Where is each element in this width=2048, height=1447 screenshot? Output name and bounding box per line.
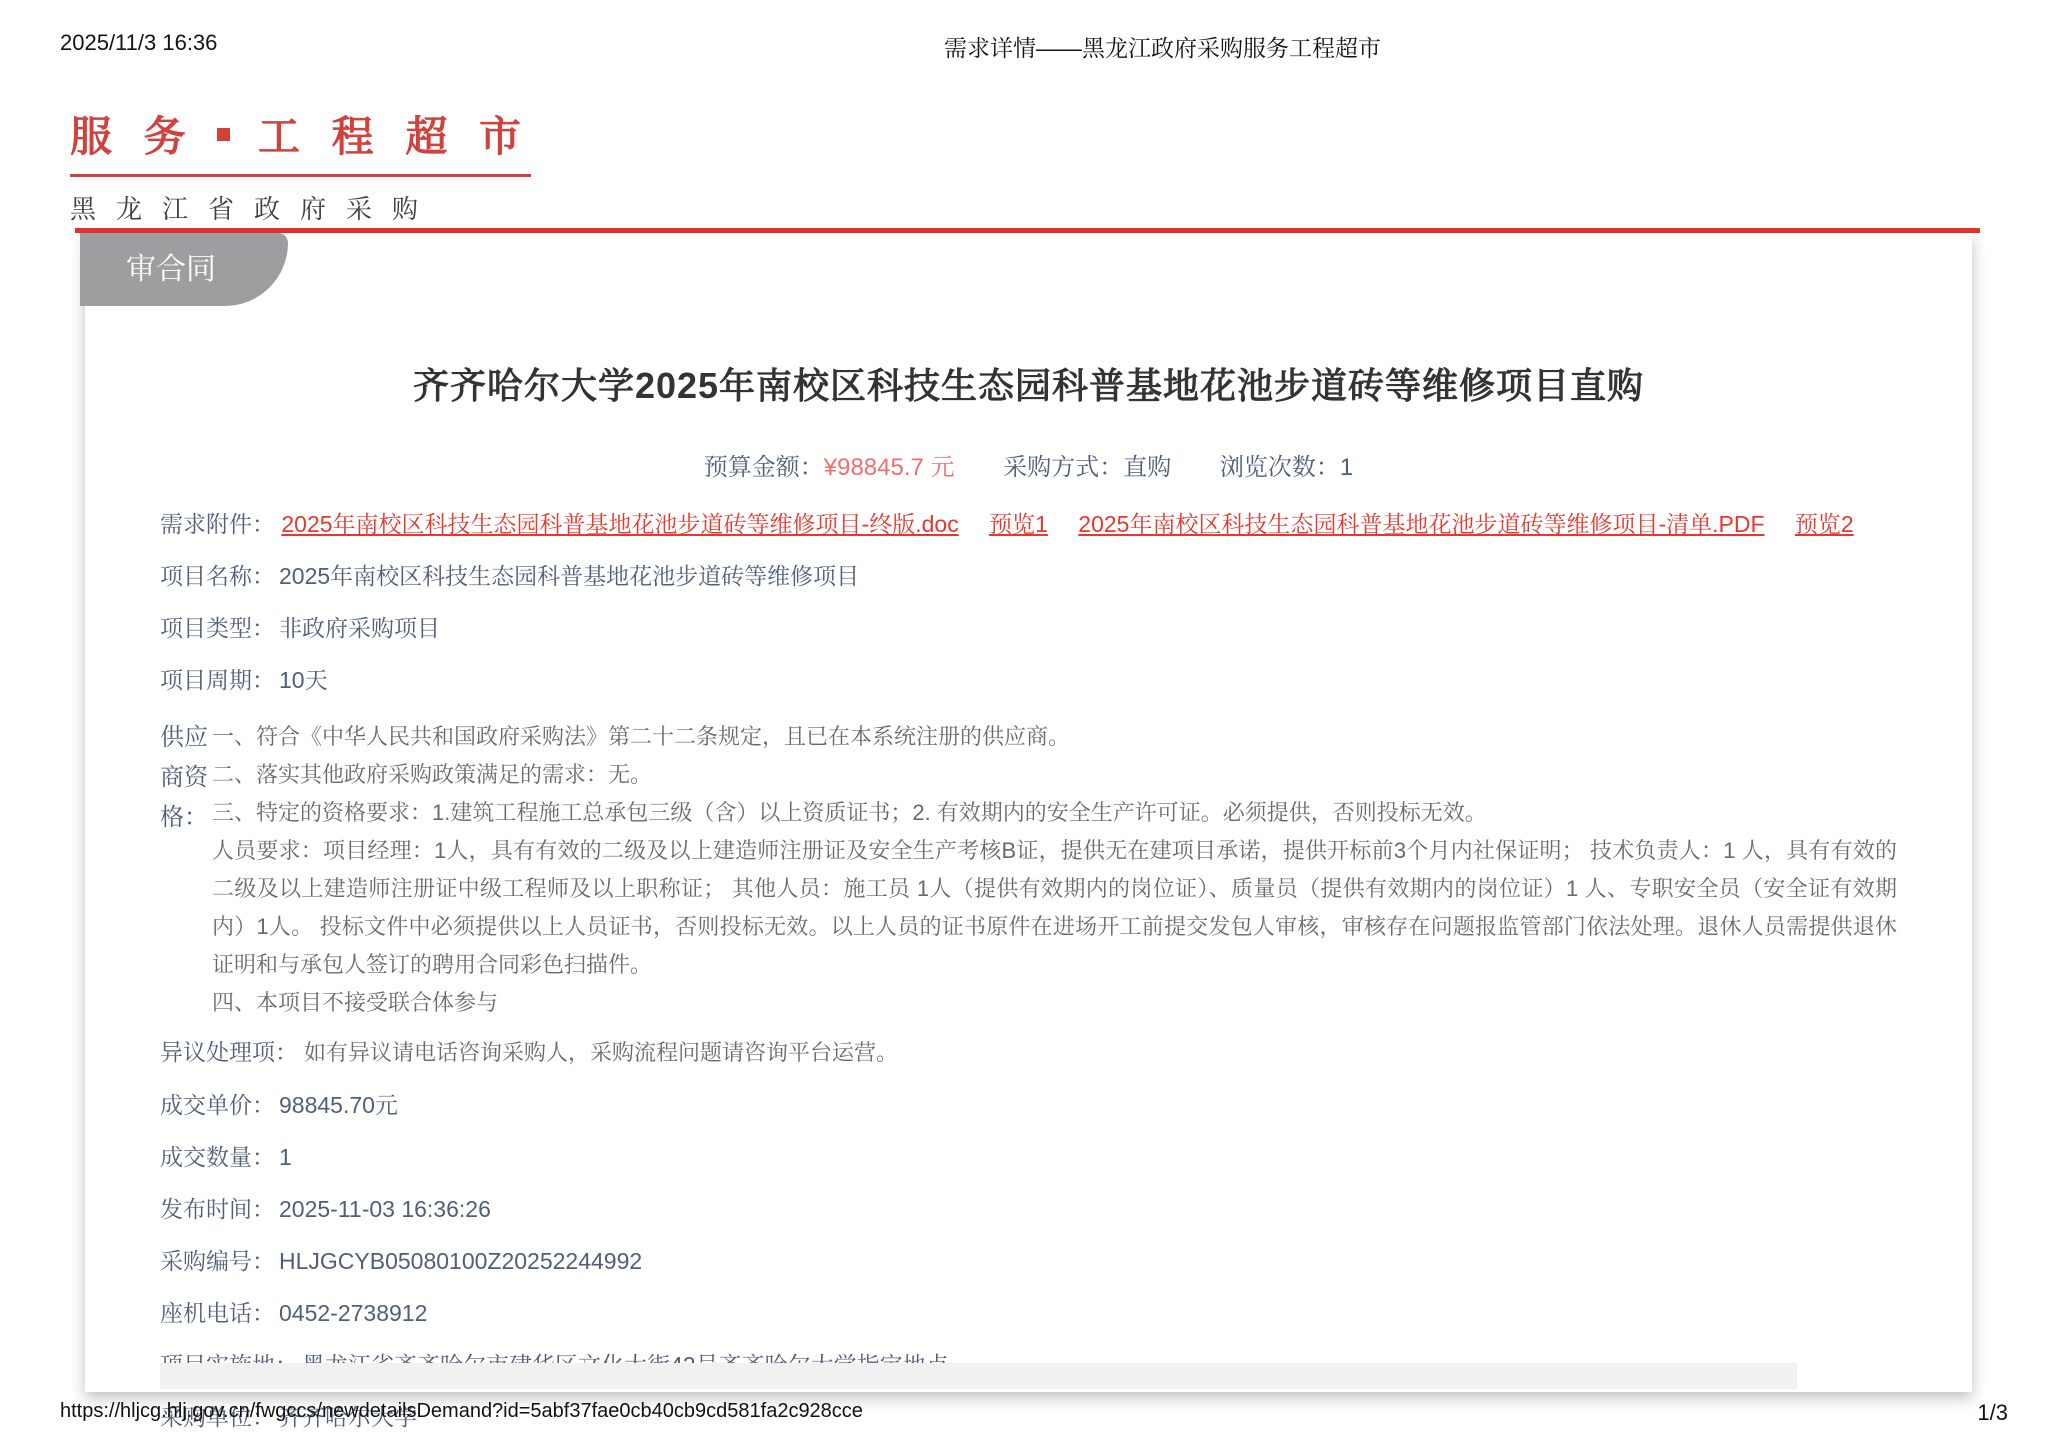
supplier-qualification-row: 供应商资格： 一、符合《中华人民共和国政府采购法》第二十二条规定，且已在本系统注… bbox=[160, 718, 1897, 1022]
tab-contract-review[interactable]: 审合同 bbox=[80, 233, 288, 306]
method-item: 采购方式：直购 bbox=[1003, 454, 1171, 481]
views-value: 1 bbox=[1340, 454, 1353, 481]
logo-square-dot-icon bbox=[217, 128, 230, 141]
print-document-title: 需求详情——黑龙江政府采购服务工程超市 bbox=[944, 30, 1381, 63]
phone-row: 座机电话：0452-2738912 bbox=[160, 1299, 1897, 1327]
project-period-row: 项目周期：10天 bbox=[160, 666, 1897, 694]
deal-price-row: 成交单价：98845.70元 bbox=[160, 1091, 1897, 1119]
print-footer-url: https://hljcg.hlj.gov.cn/fwgccs/newdetai… bbox=[60, 1400, 863, 1423]
detail-list: 需求附件： 2025年南校区科技生态园科普基地花池步道砖等维修项目-终版.doc… bbox=[160, 510, 1897, 1431]
supplier-qualification-content: 一、符合《中华人民共和国政府采购法》第二十二条规定，且已在本系统注册的供应商。 … bbox=[212, 718, 1897, 1022]
supplier-item-3: 三、特定的资格要求：1.建筑工程施工总承包三级（含）以上资质证书；2. 有效期内… bbox=[212, 794, 1897, 832]
logo-subtitle: 黑龙江省政府采购 bbox=[70, 189, 531, 226]
publish-time-row: 发布时间：2025-11-03 16:36:26 bbox=[160, 1195, 1897, 1223]
meta-line: 预算金额：¥98845.7 元 采购方式：直购 浏览次数：1 bbox=[160, 447, 1897, 482]
dispute-value: 如有异议请电话咨询采购人，采购流程问题请咨询平台运营。 bbox=[304, 1040, 898, 1065]
deal-qty-label: 成交数量： bbox=[160, 1144, 275, 1170]
budget-label: 预算金额： bbox=[704, 454, 824, 481]
budget-item: 预算金额：¥98845.7 元 bbox=[704, 454, 955, 481]
print-datetime: 2025/11/3 16:36 bbox=[60, 30, 217, 56]
site-logo: 服 务 工 程 超 市 黑龙江省政府采购 bbox=[70, 104, 531, 226]
attachment-doc-link[interactable]: 2025年南校区科技生态园科普基地花池步道砖等维修项目-终版.doc bbox=[281, 511, 958, 537]
deal-price-value: 98845.70元 bbox=[279, 1092, 398, 1118]
publish-time-value: 2025-11-03 16:36:26 bbox=[279, 1196, 491, 1222]
deal-qty-row: 成交数量：1 bbox=[160, 1143, 1897, 1171]
deal-price-label: 成交单价： bbox=[160, 1092, 275, 1118]
next-section-partial-bar bbox=[160, 1363, 1797, 1389]
attachment-pdf-link[interactable]: 2025年南校区科技生态园科普基地花池步道砖等维修项目-清单.PDF bbox=[1078, 511, 1764, 537]
phone-value: 0452-2738912 bbox=[279, 1300, 427, 1326]
phone-label: 座机电话： bbox=[160, 1300, 275, 1326]
attachments-row: 需求附件： 2025年南校区科技生态园科普基地花池步道砖等维修项目-终版.doc… bbox=[160, 510, 1897, 538]
attachment-preview1-link[interactable]: 预览1 bbox=[989, 511, 1048, 537]
supplier-qualification-label: 供应商资格： bbox=[160, 718, 212, 1022]
attachment-preview2-link[interactable]: 预览2 bbox=[1795, 511, 1854, 537]
supplier-personnel-requirements: 人员要求：项目经理：1人，具有有效的二级及以上建造师注册证及安全生产考核B证，提… bbox=[212, 832, 1897, 984]
purchase-no-row: 采购编号：HLJGCYB05080100Z20252244992 bbox=[160, 1247, 1897, 1275]
project-period-label: 项目周期： bbox=[160, 667, 275, 693]
content-card: 审合同 齐齐哈尔大学2025年南校区科技生态园科普基地花池步道砖等维修项目直购 … bbox=[85, 233, 1972, 1392]
project-type-label: 项目类型： bbox=[160, 615, 275, 641]
logo-main-left: 服 务 bbox=[70, 113, 196, 160]
views-label: 浏览次数： bbox=[1220, 454, 1340, 481]
supplier-item-1: 一、符合《中华人民共和国政府采购法》第二十二条规定，且已在本系统注册的供应商。 bbox=[212, 718, 1897, 756]
project-name-value: 2025年南校区科技生态园科普基地花池步道砖等维修项目 bbox=[279, 563, 859, 589]
logo-main-right: 工 程 超 市 bbox=[258, 113, 531, 160]
project-name-row: 项目名称：2025年南校区科技生态园科普基地花池步道砖等维修项目 bbox=[160, 562, 1897, 590]
purchase-no-value: HLJGCYB05080100Z20252244992 bbox=[279, 1248, 642, 1274]
supplier-item-2: 二、落实其他政府采购政策满足的需求：无。 bbox=[212, 756, 1897, 794]
dispute-row: 异议处理项：如有异议请电话咨询采购人，采购流程问题请咨询平台运营。 bbox=[160, 1038, 1897, 1067]
dispute-label: 异议处理项： bbox=[160, 1039, 298, 1065]
project-type-value: 非政府采购项目 bbox=[279, 615, 440, 641]
publish-time-label: 发布时间： bbox=[160, 1196, 275, 1222]
project-type-row: 项目类型：非政府采购项目 bbox=[160, 614, 1897, 642]
views-item: 浏览次数：1 bbox=[1220, 454, 1353, 481]
method-value: 直购 bbox=[1123, 454, 1171, 481]
deal-qty-value: 1 bbox=[279, 1144, 292, 1170]
attachments-label: 需求附件： bbox=[160, 511, 275, 537]
project-period-value: 10天 bbox=[279, 667, 328, 693]
supplier-item-4: 四、本项目不接受联合体参与 bbox=[212, 984, 1897, 1022]
budget-value: ¥98845.7 元 bbox=[824, 454, 955, 481]
method-label: 采购方式： bbox=[1003, 454, 1123, 481]
print-page-number: 1/3 bbox=[1977, 1400, 2008, 1426]
purchase-no-label: 采购编号： bbox=[160, 1248, 275, 1274]
project-name-label: 项目名称： bbox=[160, 563, 275, 589]
page-title: 齐齐哈尔大学2025年南校区科技生态园科普基地花池步道砖等维修项目直购 bbox=[160, 358, 1897, 409]
logo-main-text: 服 务 工 程 超 市 bbox=[70, 104, 531, 177]
